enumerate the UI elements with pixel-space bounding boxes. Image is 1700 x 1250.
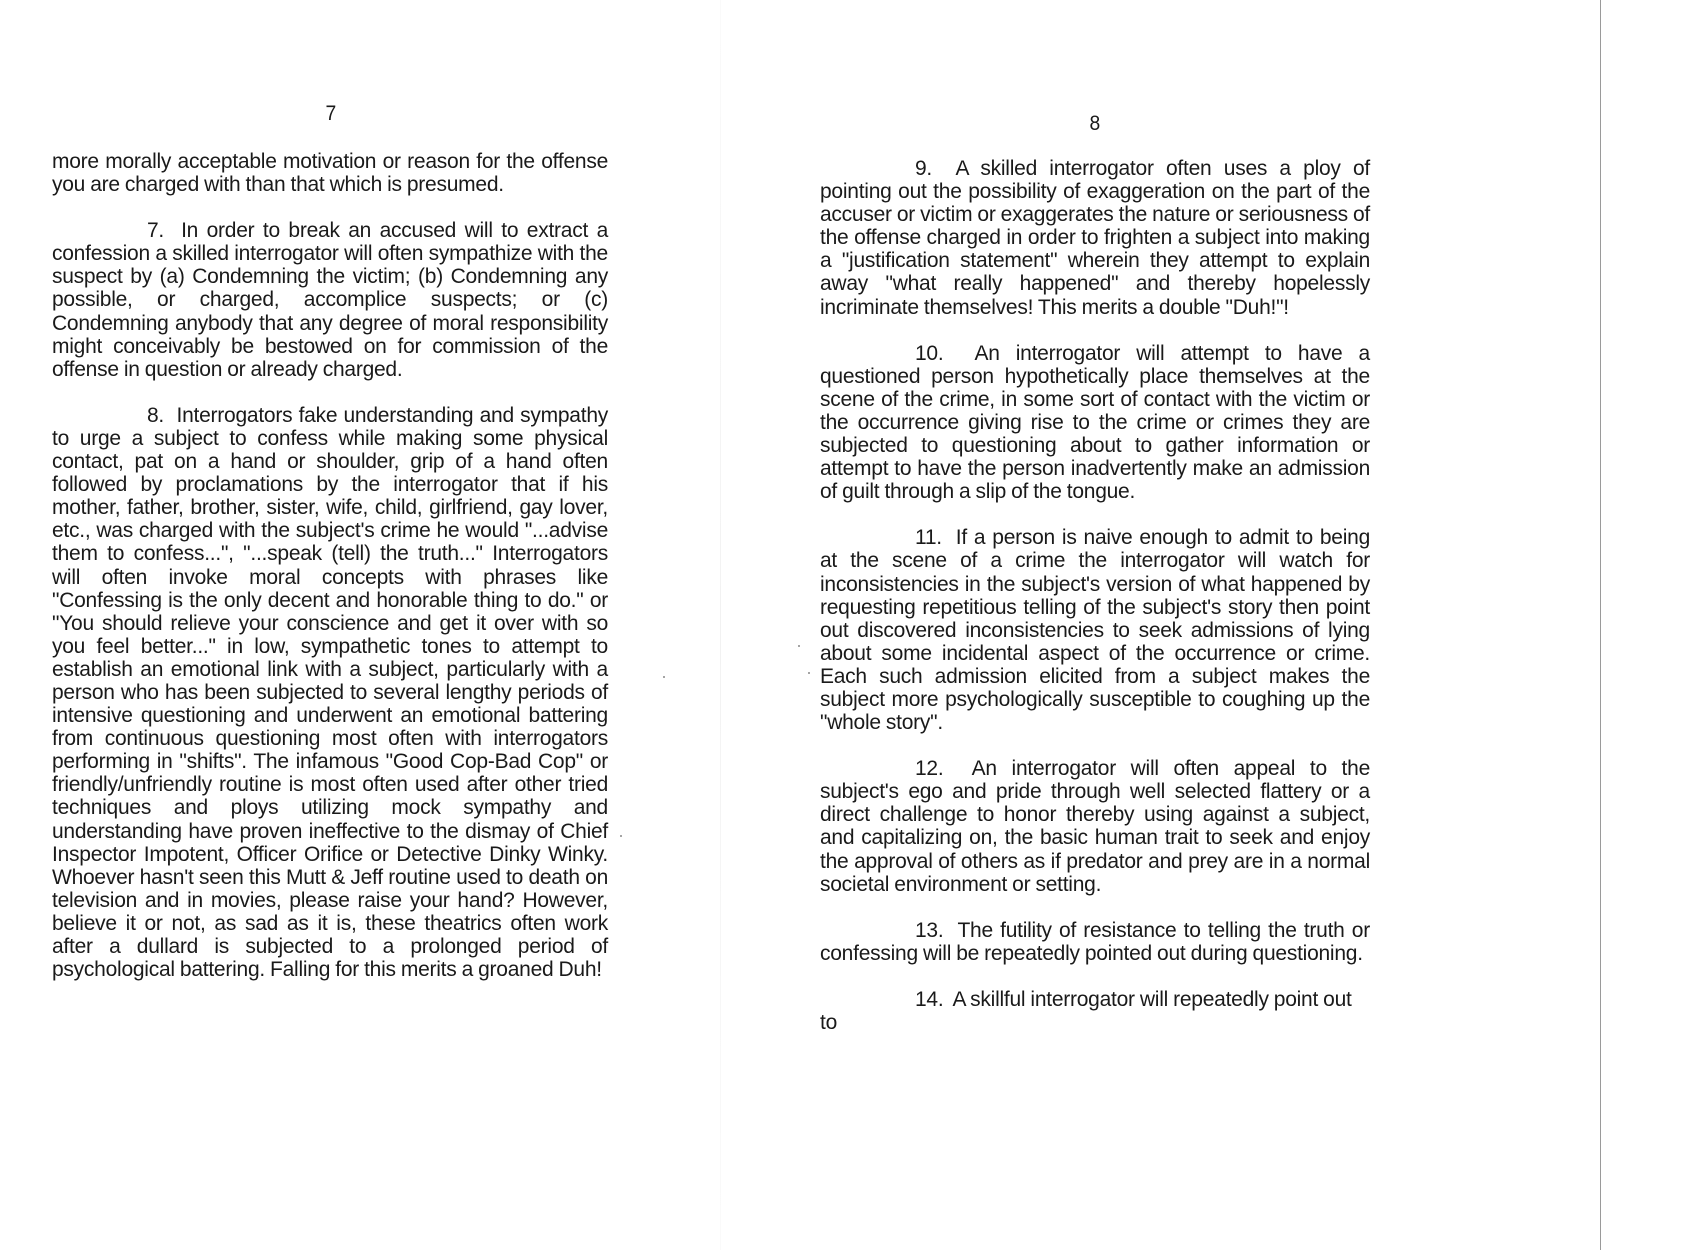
left-page-text-column: more morally acceptable motivation or re… [52, 150, 608, 1004]
scan-speck [663, 676, 665, 678]
paragraph-7: 7. In order to break an accused will to … [52, 219, 608, 381]
paragraph-text: A skillful interrogator will repeatedly … [820, 988, 1352, 1034]
paragraph-number: 7. [147, 219, 164, 242]
paragraph-text: Interrogators fake understanding and sym… [52, 404, 608, 981]
paragraph-number: 9. [915, 157, 932, 180]
paragraph-number: 8. [147, 404, 164, 427]
paragraph-number: 10. [915, 342, 943, 365]
paragraph-number: 13. [915, 919, 943, 942]
center-fold-shadow [720, 0, 721, 1250]
paragraph-text: more morally acceptable motivation or re… [52, 150, 608, 196]
paragraph-continuation: more morally acceptable motivation or re… [52, 150, 608, 196]
right-page-text-column: 9. A skilled interrogator often uses a p… [820, 157, 1370, 1057]
paragraph-13: 13. The futility of resistance to tellin… [820, 919, 1370, 965]
scan-speck [620, 835, 622, 837]
page-edge-line [1600, 0, 1601, 1250]
page-number-right: 8 [1089, 112, 1100, 135]
page-number-left: 7 [325, 102, 336, 125]
paragraph-8: 8. Interrogators fake understanding and … [52, 404, 608, 981]
scan-speck [808, 672, 810, 674]
paragraph-11: 11. If a person is naive enough to admit… [820, 526, 1370, 734]
paragraph-14: 14. A skillful interrogator will repeate… [820, 988, 1370, 1034]
paragraph-12: 12. An interrogator will often appeal to… [820, 757, 1370, 896]
paragraph-9: 9. A skilled interrogator often uses a p… [820, 157, 1370, 319]
paragraph-text: The futility of resistance to telling th… [820, 919, 1370, 965]
paragraph-text: A skilled interrogator often uses a ploy… [820, 157, 1370, 319]
paragraph-number: 11. [915, 526, 942, 549]
scanned-document-spread: 7 more morally acceptable motivation or … [0, 0, 1700, 1250]
paragraph-text: In order to break an accused will to ext… [52, 219, 608, 381]
scan-speck [798, 645, 800, 647]
paragraph-text: An interrogator will often appeal to the… [820, 757, 1370, 895]
paragraph-text: If a person is naive enough to admit to … [820, 526, 1370, 734]
paragraph-number: 12. [915, 757, 943, 780]
paragraph-text: An interrogator will attempt to have a q… [820, 342, 1370, 504]
paragraph-10: 10. An interrogator will attempt to have… [820, 342, 1370, 504]
paragraph-number: 14. [915, 988, 943, 1011]
